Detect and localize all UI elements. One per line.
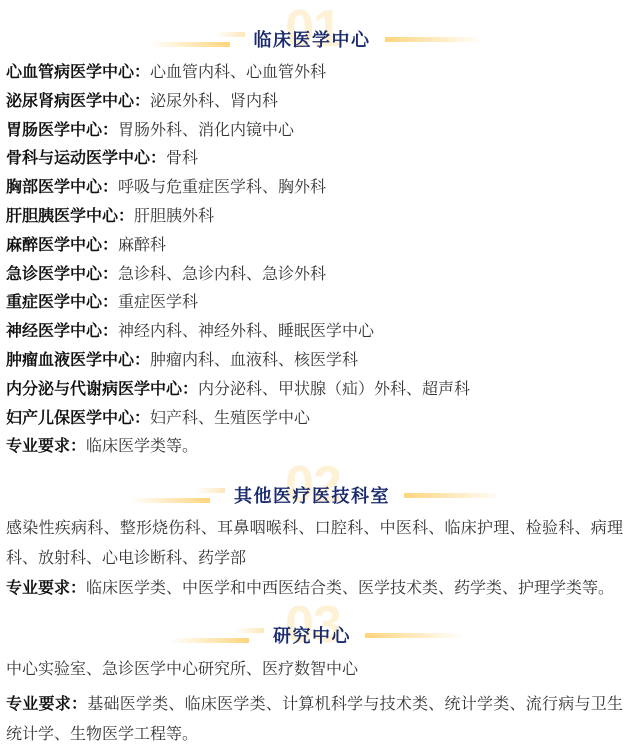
center-name: 内分泌与代谢病医学中心： — [6, 379, 198, 398]
section-body-research: 中心实验室、急诊医学中心研究所、医疗数智中心 专业要求：基础医学类、临床医学类、… — [6, 654, 623, 749]
center-departments: 心血管内科、心血管外科 — [150, 62, 326, 81]
section-header-other-departments: 02 其他医疗医技科室 — [0, 465, 633, 515]
requirement-value: 临床医学类、中医学和中西医结合类、医学技术类、药学类、护理学类等。 — [86, 578, 614, 597]
center-name: 心血管病医学中心： — [6, 62, 150, 81]
center-item: 胃肠医学中心：胃肠外科、消化内镜中心 — [6, 116, 623, 145]
center-departments: 肿瘤内科、血液科、核医学科 — [150, 350, 358, 369]
section-body-clinical: 心血管病医学中心：心血管内科、心血管外科 泌尿肾病医学中心：泌尿外科、肾内科 胃… — [6, 58, 623, 461]
section-header-research: 03 研究中心 — [0, 605, 633, 655]
center-name: 麻醉医学中心： — [6, 235, 118, 254]
center-departments: 妇产科、生殖医学中心 — [150, 408, 310, 427]
center-departments: 重症医学科 — [118, 292, 198, 311]
center-item: 泌尿肾病医学中心：泌尿外科、肾内科 — [6, 87, 623, 116]
center-item: 神经医学中心：神经内科、神经外科、睡眠医学中心 — [6, 317, 623, 346]
ornament-bar-lower — [151, 42, 230, 47]
section-title-row: 其他医疗医技科室 — [0, 488, 633, 506]
department-list: 感染性疾病科、整形烧伤科、耳鼻咽喉科、口腔科、中医科、临床护理、检验科、病理科、… — [6, 513, 623, 573]
center-departments: 肝胆胰外科 — [134, 206, 214, 225]
center-name: 重症医学中心： — [6, 292, 118, 311]
center-name: 胸部医学中心： — [6, 177, 118, 196]
right-gradient-ornament — [365, 633, 463, 638]
left-gradient-ornament — [131, 488, 225, 503]
left-gradient-ornament — [151, 32, 245, 47]
requirement-label: 专业要求： — [6, 578, 86, 597]
center-name: 妇产儿保医学中心： — [6, 408, 150, 427]
ornament-bar-upper — [216, 32, 245, 37]
center-item: 内分泌与代谢病医学中心：内分泌科、甲状腺（疝）外科、超声科 — [6, 375, 623, 404]
center-name: 肿瘤血液医学中心： — [6, 350, 150, 369]
section-title: 研究中心 — [273, 628, 351, 646]
center-departments: 泌尿外科、肾内科 — [150, 91, 278, 110]
center-departments: 麻醉科 — [118, 235, 166, 254]
center-name: 骨科与运动医学中心： — [6, 148, 166, 167]
ornament-bar-upper — [235, 628, 264, 633]
requirement-label: 专业要求： — [6, 436, 86, 455]
ornament-bar-lower — [131, 498, 210, 503]
right-gradient-ornament — [385, 37, 483, 42]
center-departments: 内分泌科、甲状腺（疝）外科、超声科 — [198, 379, 470, 398]
center-item: 肿瘤血液医学中心：肿瘤内科、血液科、核医学科 — [6, 346, 623, 375]
center-name: 泌尿肾病医学中心： — [6, 91, 150, 110]
center-departments: 呼吸与危重症医学科、胸外科 — [118, 177, 326, 196]
center-item: 急诊医学中心：急诊科、急诊内科、急诊外科 — [6, 260, 623, 289]
major-requirement: 专业要求：基础医学类、临床医学类、计算机科学与技术类、统计学类、流行病与卫生统计… — [6, 689, 623, 749]
center-name: 胃肠医学中心： — [6, 120, 118, 139]
center-item: 骨科与运动医学中心：骨科 — [6, 144, 623, 173]
ornament-bar-upper — [196, 488, 225, 493]
right-gradient-ornament — [404, 493, 502, 498]
requirement-value: 临床医学类等。 — [86, 436, 198, 455]
department-list: 中心实验室、急诊医学中心研究所、医疗数智中心 — [6, 654, 623, 684]
center-item: 胸部医学中心：呼吸与危重症医学科、胸外科 — [6, 173, 623, 202]
left-gradient-ornament — [170, 628, 264, 643]
section-title: 其他医疗医技科室 — [234, 488, 390, 506]
center-item: 妇产儿保医学中心：妇产科、生殖医学中心 — [6, 404, 623, 433]
center-departments: 神经内科、神经外科、睡眠医学中心 — [118, 321, 374, 340]
center-item: 肝胆胰医学中心：肝胆胰外科 — [6, 202, 623, 231]
center-departments: 胃肠外科、消化内镜中心 — [118, 120, 294, 139]
center-departments: 急诊科、急诊内科、急诊外科 — [118, 264, 326, 283]
center-departments: 骨科 — [166, 148, 198, 167]
center-item: 心血管病医学中心：心血管内科、心血管外科 — [6, 58, 623, 87]
center-item: 重症医学中心：重症医学科 — [6, 288, 623, 317]
center-name: 神经医学中心： — [6, 321, 118, 340]
ornament-bar-lower — [170, 638, 249, 643]
center-item: 麻醉医学中心：麻醉科 — [6, 231, 623, 260]
section-header-clinical: 01 临床医学中心 — [0, 9, 633, 59]
section-body-other-departments: 感染性疾病科、整形烧伤科、耳鼻咽喉科、口腔科、中医科、临床护理、检验科、病理科、… — [6, 513, 623, 603]
requirement-value: 基础医学类、临床医学类、计算机科学与技术类、统计学类、流行病与卫生统计学、生物医… — [6, 694, 623, 743]
center-name: 肝胆胰医学中心： — [6, 206, 134, 225]
section-title: 临床医学中心 — [254, 32, 371, 50]
section-title-row: 临床医学中心 — [0, 32, 633, 50]
center-name: 急诊医学中心： — [6, 264, 118, 283]
requirement-label: 专业要求： — [6, 694, 87, 713]
section-title-row: 研究中心 — [0, 628, 633, 646]
